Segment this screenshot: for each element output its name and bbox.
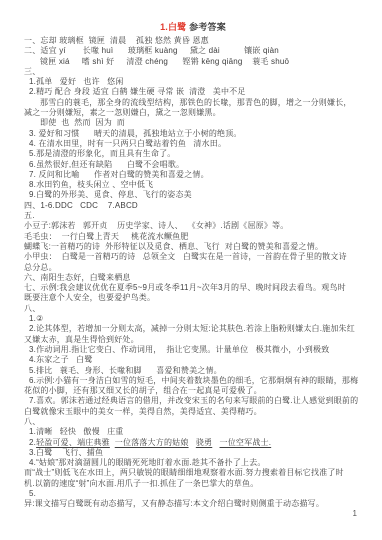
text-run: 轻盈可爱、端庄典雅: [36, 438, 110, 447]
text-run: 9.白鹭的外形美、觅食、停息、飞行的姿态美: [29, 190, 192, 199]
text-run: 花似的小脚，还有那又细又长的胡子，组合在一起真是可爱极了。: [24, 386, 262, 395]
text-run: 7.喜欢。郭沫若通过经典语言的借用，并改变宋玉的名句来写眼前的白鹭.让人感觉到眼…: [29, 396, 358, 405]
doc-line: 3.白鹭 飞行、捕鱼: [24, 448, 362, 458]
text-run: 5.排比 蓑毛、身形、长喙和脚 喜爱和赞美之情。: [29, 366, 222, 375]
doc-line: 蝴蝶飞:一首精巧的诗 外形特征以及觅食、栖息、飞行 对白鹭的赞美和喜爱之情。: [24, 242, 362, 252]
text-run: 1.孤单 爱好 也许 悠闲: [29, 77, 123, 86]
doc-line: 5.那是清澄的形象化，而且具有生命了。: [24, 149, 362, 159]
doc-line: 又嫌太赤，真是生得恰到好处。: [24, 335, 362, 345]
text-run: 1.清晰 轻快 傲慢 庄重: [29, 427, 123, 436]
text-run: 小甲虫： 白鹭是一首精巧的诗 总领全文 白鹭实在是一首诗，一首韵在骨子里的散文诗: [24, 252, 347, 261]
doc-line: 5.排比 蓑毛、身形、长喙和脚 喜爱和赞美之情。: [24, 366, 362, 376]
doc-line: 6.虽然很好,但还有缺陷 白鹭不会唱歌。: [24, 160, 362, 170]
text-run: 1.白鹭: [160, 22, 189, 32]
text-run: 八、: [24, 304, 40, 313]
doc-line: 异:课文描写白鹭既有动态描写，又有静态描写:本文介绍白鹭时则侧重于动态描写。: [24, 499, 362, 509]
doc-line: 小甲虫： 白鹭是一首精巧的诗 总领全文 白鹭实在是一首诗，一首韵在骨子里的散文诗: [24, 252, 362, 262]
doc-line: 八、: [24, 304, 362, 314]
document-page: 1.白鹭 参考答案一、忘却 玻璃框 镜匣 清晨 孤独 悠然 黄昏 恩惠二、适宜 …: [0, 0, 382, 540]
text-run: 一位空军战士.: [220, 438, 272, 447]
doc-line: 7. 反问和比喻 作者对白鹭的赞美和喜爱之情。: [24, 170, 362, 180]
text-run: 八、: [24, 417, 40, 426]
text-run: 4.“姑娘”那对滴溜圆儿的眼睛死死地盯着水面.趁其不备扑了上去。: [29, 458, 266, 467]
text-run: [212, 438, 219, 447]
doc-line: 而“战士”则低飞在水田上，两只敏锐的眼睛细细地观察着水面.努力搜索着目标它找准了…: [24, 468, 362, 478]
text-run: 六、南阳生态好，白鹭来栖息: [24, 273, 131, 282]
text-run: 一、忘却 玻璃框 镜匣 清晨 孤独 悠然 黄昏 恩惠: [24, 36, 209, 45]
doc-line: 3.作动词用.指让它变白、作动词用， 指让它变黑。计量单位 极其微小，小到极致: [24, 345, 362, 355]
doc-line: 那雪白的蓑毛，那全身的流线型结构，那铁色的长喙，那青色的脚，增之一分则嫌长，: [24, 98, 362, 108]
doc-line: 三、: [24, 67, 362, 77]
doc-line: 7.喜欢。郭沫若通过经典语言的借用，并改变宋玉的名句来写眼前的白鹭.让人感觉到眼…: [24, 396, 362, 406]
doc-line: 1.②: [24, 314, 362, 324]
doc-line: 机.以箭的速度“射”向水面.用爪子一扣.抓住了一条巴掌大的草鱼。: [24, 479, 362, 489]
text-run: 七、示例:我会建议优优在夏季5~9月或冬季11月~次年3月的早、晚时间段去看鸟。…: [24, 283, 346, 292]
text-run: 四、1-6.DDC CDC 7.ABCD: [24, 201, 138, 210]
text-run: 2.精巧 配合 身段 适宜 白鹤 嫌生硬 寻常 嵌 清澄 美中不足: [29, 87, 246, 96]
text-run: 白鹭就像宋玉眼中的美女一样，美得自然，美得适宜、美得精巧。: [24, 407, 262, 416]
text-run: 那雪白的蓑毛，那全身的流线型结构，那铁色的长喙，那青色的脚，增之一分则嫌长，: [40, 98, 352, 107]
text-run: 8.水田钓鱼，枝头闲立 、空中低飞: [29, 180, 153, 189]
text-run: 即使 也 然而 因为 而: [40, 118, 125, 127]
text-run: 4. 在清水田里，时有一只两只白鹭站着钓鱼 清水田。: [29, 139, 226, 148]
doc-line: 4.“姑娘”那对滴溜圆儿的眼睛死死地盯着水面.趁其不备扑了上去。: [24, 458, 362, 468]
doc-line: 镜匣 xiá 嗜 shì 好 清澄 chéng 铿锵 kēng qiāng 蓑毛…: [24, 57, 362, 67]
text-run: 二、适宜 yí 长喙 huì 玻璃框 kuàng 黛之 dài 镶嵌 qiàn: [24, 46, 279, 55]
doc-line: 总分总。: [24, 263, 362, 273]
text-run: 小豆子:郭沫若 郭开贞 历史学家、诗人、 《女神》.话剧《屈原》等。: [24, 221, 288, 230]
text-run: 5.那是清澄的形象化，而且具有生命了。: [29, 149, 175, 158]
doc-line: 2.轻盈可爱、端庄典雅 一位落落大方的姑娘 骁勇 一位空军战士.: [24, 438, 362, 448]
doc-line: 1.孤单 爱好 也许 悠闲: [24, 77, 362, 87]
doc-line: 即使 也 然而 因为 而: [24, 118, 362, 128]
text-run: 总分总。: [24, 263, 57, 272]
text-run: 3.白鹭 飞行、捕鱼: [29, 448, 103, 457]
text-run: 一位落落大方的姑娘: [115, 438, 189, 447]
document-content: 1.白鹭 参考答案一、忘却 玻璃框 镜匣 清晨 孤独 悠然 黄昏 恩惠二、适宜 …: [0, 0, 382, 510]
text-run: 机.以箭的速度“射”向水面.用爪子一扣.抓住了一条巴掌大的草鱼。: [24, 479, 258, 488]
text-run: 三、: [24, 67, 40, 76]
doc-line: 6.示例:小猫有一身洁白如雪的短毛，中间夹着数块墨色的细毛，它那炯炯有神的眼睛，…: [24, 376, 362, 386]
doc-line: 4.东家之子 白鹭: [24, 355, 362, 365]
text-run: 既要注意个人安全，也要爱护鸟类。: [24, 293, 155, 302]
text-run: 蝴蝶飞:一首精巧的诗 外形特征以及觅食、栖息、飞行 对白鹭的赞美和喜爱之情。: [24, 242, 323, 251]
doc-line: 5.: [24, 489, 362, 499]
doc-line: 8.水田钓鱼，枝头闲立 、空中低飞: [24, 180, 362, 190]
doc-line: 毛毛虫： 一行白鹭上青天 桃花流水鳜鱼肥: [24, 232, 362, 242]
doc-line: 五.: [24, 211, 362, 221]
text-run: 又嫌太赤，真是生得恰到好处。: [24, 335, 139, 344]
doc-line: 七、示例:我会建议优优在夏季5~9月或冬季11月~次年3月的早、晚时间段去看鸟。…: [24, 283, 362, 293]
doc-line: 一、忘却 玻璃框 镜匣 清晨 孤独 悠然 黄昏 恩惠: [24, 36, 362, 46]
text-run: 镜匣 xiá 嗜 shì 好 清澄 chéng 铿锵 kēng qiāng 蓑毛…: [40, 57, 289, 66]
text-run: 7. 反问和比喻 作者对白鹭的赞美和喜爱之情。: [29, 170, 209, 179]
text-run: 异:课文描写白鹭既有动态描写，又有静态描写:本文介绍白鹭时则侧重于动态描写。: [24, 499, 324, 508]
text-run: 3.作动词用.指让它变白、作动词用， 指让它变黑。计量单位 极其微小，小到极致: [29, 345, 329, 354]
text-run: 4.东家之子 白鹭: [29, 355, 93, 364]
document-title: 1.白鹭 参考答案: [24, 21, 362, 33]
doc-line: 小豆子:郭沫若 郭开贞 历史学家、诗人、 《女神》.话剧《屈原》等。: [24, 221, 362, 231]
text-run: 五.: [24, 211, 35, 220]
doc-line: 白鹭就像宋玉眼中的美女一样，美得自然，美得适宜、美得精巧。: [24, 407, 362, 417]
text-run: 参考答案: [189, 22, 226, 32]
doc-line: 2.精巧 配合 身段 适宜 白鹤 嫌生硬 寻常 嵌 清澄 美中不足: [24, 87, 362, 97]
doc-line: 1.清晰 轻快 傲慢 庄重: [24, 427, 362, 437]
doc-line: 既要注意个人安全，也要爱护鸟类。: [24, 293, 362, 303]
text-run: 6.虽然很好,但还有缺陷 白鹭不会唱歌。: [29, 160, 184, 169]
text-run: 1.②: [29, 314, 43, 323]
text-run: 骁勇: [196, 438, 212, 447]
text-run: 3. 爱好和习惯 晴天的清晨，孤独地站立于小树的绝顶。: [29, 129, 242, 138]
text-run: 2.论其体型，若增加一分则太高，减掉一分则太短:论其肤色.若涂上脂粉则嫌太白.施…: [29, 324, 355, 333]
page-number: 1: [353, 509, 357, 518]
doc-line: 4. 在清水田里，时有一只两只白鹭站着钓鱼 清水田。: [24, 139, 362, 149]
text-run: 毛毛虫： 一行白鹭上青天 桃花流水鳜鱼肥: [24, 232, 189, 241]
doc-line: 2.论其体型，若增加一分则太高，减掉一分则太短:论其肤色.若涂上脂粉则嫌太白.施…: [24, 324, 362, 334]
document-lines: 1.白鹭 参考答案一、忘却 玻璃框 镜匣 清晨 孤独 悠然 黄昏 恩惠二、适宜 …: [24, 21, 362, 510]
doc-line: 四、1-6.DDC CDC 7.ABCD: [24, 201, 362, 211]
text-run: 6.示例:小猫有一身洁白如雪的短毛，中间夹着数块墨色的细毛，它那炯炯有神的眼睛，…: [29, 376, 358, 385]
doc-line: 3. 爱好和习惯 晴天的清晨，孤独地站立于小树的绝顶。: [24, 129, 362, 139]
text-run: 而“战士”则低飞在水田上，两只敏锐的眼睛细细地观察着水面.努力搜索着目标它找准了…: [24, 468, 344, 477]
doc-line: 六、南阳生态好，白鹭来栖息: [24, 273, 362, 283]
doc-line: 八、: [24, 417, 362, 427]
doc-line: 二、适宜 yí 长喙 huì 玻璃框 kuàng 黛之 dài 镶嵌 qiàn: [24, 46, 362, 56]
doc-line: 减之一分则嫌短，素之一忽则嫌白，黛之一忽则嫌黑。: [24, 108, 362, 118]
text-run: 减之一分则嫌短，素之一忽则嫌白，黛之一忽则嫌黑。: [24, 108, 221, 117]
text-run: 5.: [29, 489, 36, 498]
doc-line: 花似的小脚，还有那又细又长的胡子，组合在一起真是可爱极了。: [24, 386, 362, 396]
doc-line: 9.白鹭的外形美、觅食、停息、飞行的姿态美: [24, 190, 362, 200]
text-run: [189, 438, 196, 447]
